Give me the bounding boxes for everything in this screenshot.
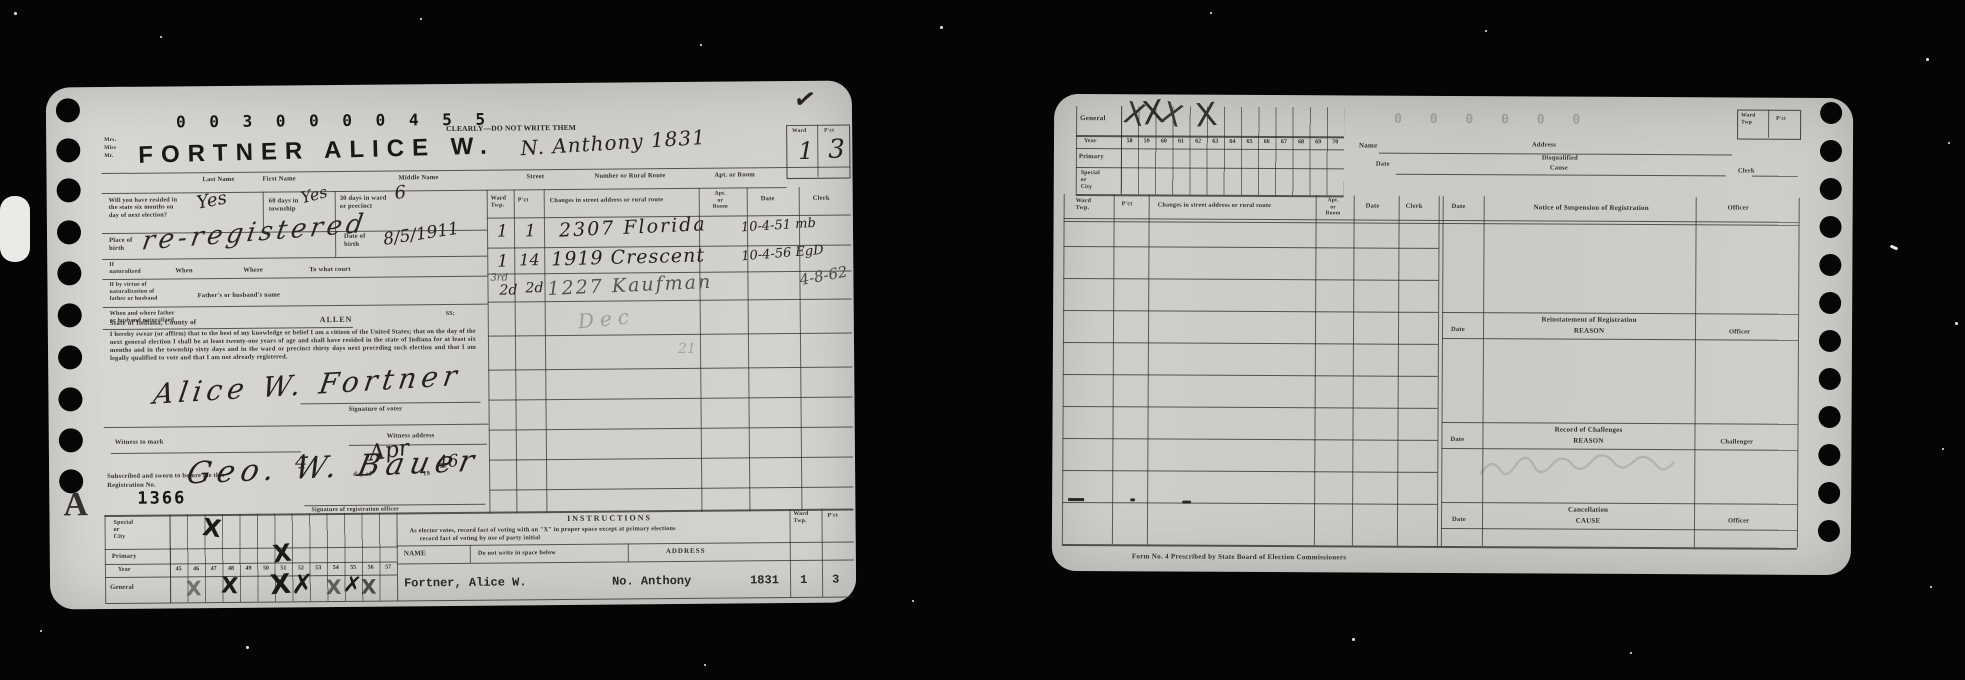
row2-date: 10-4-56 EgD	[741, 244, 824, 263]
film-speck	[1930, 586, 1932, 588]
ink-mark	[1130, 498, 1135, 501]
rule	[1062, 470, 1437, 473]
punch-hole	[1820, 178, 1842, 200]
rule	[1076, 106, 1077, 194]
year-cell: 47	[205, 566, 223, 572]
col-apt: Apt. or Room	[713, 191, 728, 211]
q-dob: Date of birth	[344, 233, 366, 249]
film-speck	[1485, 30, 1487, 32]
vote-mark-general-52: ✗	[291, 571, 314, 598]
rule	[747, 187, 751, 511]
row1-pct: 1	[525, 223, 536, 240]
cancellation-cause: CAUSE	[1528, 516, 1648, 525]
col-notice: Notice of Suspension of Registration	[1499, 203, 1684, 212]
challenges-date: Date	[1450, 436, 1464, 444]
rule	[1442, 338, 1798, 341]
ghost-stamp: 0 0 0 0 0 0	[1394, 112, 1590, 128]
rule	[1062, 502, 1437, 505]
prefix-mr: Mr.	[104, 153, 113, 160]
handwritten-name: FORTNER ALICE W.	[138, 135, 495, 168]
witness-label: Witness to mark	[115, 439, 164, 447]
year-cell: 57	[379, 564, 397, 570]
film-speck	[912, 600, 914, 602]
a-thirty: 6	[394, 184, 407, 203]
q-court: To what court	[309, 266, 350, 274]
punch-hole	[1820, 140, 1842, 162]
row3-date: 4-8-62	[798, 264, 848, 288]
row1-ward: 1	[497, 223, 508, 240]
reinstatement-date: Date	[1451, 326, 1465, 334]
ward-label: Ward	[792, 128, 806, 135]
grid-year-label: Year	[118, 567, 131, 574]
year-cell: 63	[1207, 139, 1224, 145]
year-cell: 56	[362, 565, 380, 571]
q-when: When	[175, 267, 192, 275]
rule	[1482, 196, 1485, 546]
oath-intro: State of Indiana, County of	[110, 318, 197, 327]
vote-mark-general-55: ✗	[342, 574, 362, 598]
col-changes: Changes in street address or rural route	[550, 196, 698, 205]
q-father: Father's or husband's name	[198, 291, 281, 300]
cancellation-title: Cancellation	[1488, 505, 1688, 514]
typed-number: 1831	[750, 573, 779, 587]
rule	[789, 509, 791, 597]
rule	[301, 402, 481, 405]
check-mark: ✓	[792, 85, 819, 115]
prefix-mrs: Mrs.	[104, 137, 116, 144]
head-date-label: Date	[1376, 161, 1390, 169]
label-number: Number or Rural Route	[595, 172, 666, 180]
film-speck	[420, 18, 422, 20]
row3-ward: 2d	[499, 283, 517, 297]
q-sixty: 60 days in township	[269, 197, 299, 213]
head-name-label: Name	[1359, 142, 1377, 150]
rule	[104, 424, 489, 428]
rule	[1441, 528, 1797, 531]
year-cell: 66	[1258, 139, 1275, 145]
grid-year-label: Year	[1084, 138, 1097, 145]
rule	[489, 486, 853, 490]
vote-mark-special-47: X	[201, 515, 222, 541]
year-cell: 61	[1172, 139, 1189, 145]
vote-mark-general-46: X	[186, 578, 202, 598]
head-address-label: Address	[1532, 141, 1556, 149]
col-changes: Changes in street address or rural route	[1158, 201, 1310, 209]
film-speck	[1955, 322, 1958, 325]
reinstatement-officer: Officer	[1729, 328, 1750, 336]
rule	[1063, 278, 1438, 281]
year-cell: 69	[1310, 139, 1327, 145]
row3-address: 1227 Kaufman	[547, 273, 712, 299]
row1-address: 2307 Florida	[559, 215, 707, 240]
oath-body: I hereby swear (or affirm) that to the b…	[110, 328, 476, 363]
cancellation-date: Date	[1452, 516, 1466, 524]
col-date: Date	[761, 195, 775, 203]
registration-card-front: CLEARLY—DO NOT WRITE THEM 0 0 3 0 0 0 0 …	[46, 80, 857, 609]
punch-hole	[1819, 330, 1841, 352]
year-cell: 58	[1121, 138, 1138, 144]
rule	[397, 559, 854, 564]
registration-number: 1366	[137, 488, 186, 508]
year-cell: 70	[1327, 139, 1344, 145]
rule	[1441, 196, 1444, 546]
vote-mark-primary-51: X	[272, 541, 293, 567]
film-speck	[1630, 652, 1632, 654]
punch-hole	[58, 387, 82, 411]
challenges-title: Record of Challenges	[1488, 425, 1688, 434]
officer-signature: Geo. W. Bauer	[184, 447, 482, 490]
row3-pct: 2d	[525, 281, 543, 295]
film-speck	[160, 36, 162, 38]
label-first-name: First Name	[263, 175, 296, 183]
year-cell: 67	[1275, 139, 1292, 145]
rule	[396, 512, 398, 600]
ghost-handwriting	[1472, 444, 1702, 491]
rule	[104, 515, 106, 603]
vote-mark-general-56: X	[361, 577, 377, 597]
typed-address: No. Anthony	[612, 574, 691, 589]
vote-mark-general-62: X	[1194, 98, 1218, 132]
rule	[1063, 342, 1438, 345]
rule	[1752, 176, 1798, 177]
ward-value: 1	[798, 139, 813, 163]
punch-hole	[1818, 444, 1840, 466]
q-naturalized: If naturalized	[109, 262, 141, 277]
grid-special-label: Special or City	[114, 520, 134, 542]
serial-stamp: 0 0 3 0 0 0 0 4 5 5	[176, 110, 492, 132]
reinstatement-title: Reinstatement of Registration	[1489, 315, 1689, 324]
head-cause-label: Cause	[1550, 165, 1568, 173]
pct-value: 3	[828, 137, 845, 163]
punch-hole	[1818, 520, 1840, 542]
rule	[821, 509, 823, 597]
voter-signature-label: Signature of voter	[349, 405, 403, 413]
rule	[514, 189, 518, 513]
faint-entry-b: 21	[678, 342, 696, 356]
punch-hole	[58, 303, 82, 327]
label-street: Street	[527, 173, 545, 181]
punch-hole	[1819, 368, 1841, 390]
label-last-name: Last Name	[203, 176, 235, 184]
col-date2: Date	[1452, 203, 1466, 211]
instructions-title: INSTRUCTIONS	[529, 513, 689, 524]
rule	[1694, 197, 1697, 547]
q-place: Place of birth	[109, 237, 133, 253]
ward-label: Ward Twp	[1741, 113, 1755, 126]
col-pct: P'ct	[518, 197, 529, 204]
grid-primary-label: Primary	[112, 553, 137, 561]
prefix-miss: Miss	[104, 145, 116, 152]
pct-label: P'ct	[1776, 116, 1786, 123]
instr-address-label: ADDRESS	[666, 547, 706, 556]
film-speck	[704, 664, 706, 666]
year-cell: 54	[327, 565, 345, 571]
year-cell: 65	[1241, 139, 1258, 145]
col-clerk: Clerk	[1406, 203, 1423, 211]
grid-general-label: General	[1080, 114, 1106, 123]
vote-mark-general-48: X	[220, 575, 238, 598]
reinstatement-reason: REASON	[1529, 326, 1649, 335]
col-officer: Officer	[1728, 204, 1749, 212]
film-speck	[1926, 58, 1929, 61]
film-speck	[1210, 12, 1212, 14]
typed-name: Fortner, Alice W.	[404, 575, 527, 590]
form-footer: Form No. 4 Prescribed by State Board of …	[1132, 552, 1346, 562]
instr-name-label: NAME	[404, 549, 426, 558]
a-dob: 8/5/1911	[382, 221, 460, 249]
rule	[544, 189, 548, 513]
year-cell: 60	[1155, 138, 1172, 144]
rule	[489, 456, 853, 460]
punch-hole	[1819, 292, 1841, 314]
row2-pct: 14	[519, 252, 539, 268]
rule	[1063, 374, 1438, 377]
year-cell: 45	[170, 566, 188, 572]
ink-mark	[1068, 498, 1084, 501]
row2-address: 1919 Crescent	[551, 246, 705, 269]
faint-entry-a: Dec	[577, 306, 636, 331]
col-pct: P'ct	[1122, 201, 1133, 208]
punch-hole	[1820, 102, 1842, 124]
film-speck	[1890, 245, 1899, 251]
q-where: Where	[243, 267, 263, 275]
film-speck	[246, 646, 249, 649]
punch-hole	[56, 138, 80, 162]
grid-special-label: Special or City	[1081, 170, 1100, 191]
oath-ss: SS:	[446, 311, 455, 318]
rule	[488, 333, 852, 337]
col-apt: Apt. or Room	[1326, 197, 1341, 217]
microfilm-scan: CLEARLY—DO NOT WRITE THEM 0 0 3 0 0 0 0 …	[0, 0, 1965, 680]
rule	[1063, 310, 1438, 313]
grid-primary-label: Primary	[1079, 153, 1104, 161]
film-speck	[14, 12, 17, 15]
instructions-line2: record fact of voting by use of party in…	[420, 534, 541, 542]
challenges-challenger: Challenger	[1720, 438, 1753, 446]
col-ward: Ward Twp.	[491, 196, 507, 211]
punch-hole	[1819, 254, 1841, 276]
head-clerk-label: Clerk	[1738, 167, 1755, 175]
col-ward: Ward Twp.	[1076, 198, 1092, 212]
rule	[1063, 246, 1438, 249]
rule	[628, 543, 629, 561]
col-clerk: Clerk	[813, 195, 830, 203]
punch-hole	[1819, 406, 1841, 428]
year-cell: 68	[1292, 139, 1309, 145]
film-speck	[940, 26, 943, 29]
col-date: Date	[1366, 203, 1380, 211]
typed-ward: 1	[800, 573, 807, 587]
year-cell: 62	[1190, 139, 1207, 145]
rule	[102, 256, 487, 260]
section-letter: A	[63, 485, 88, 526]
rule	[488, 396, 852, 400]
film-speck	[1352, 638, 1355, 641]
rule	[488, 299, 852, 303]
year-cell: 49	[240, 566, 258, 572]
instr-ward-label: Ward Twp.	[793, 511, 808, 525]
punch-hole	[58, 345, 82, 369]
cancellation-officer: Officer	[1728, 517, 1749, 525]
punch-hole	[56, 98, 80, 122]
typed-pct: 3	[832, 573, 839, 587]
rule	[489, 426, 853, 430]
row2-ward: 1	[497, 253, 508, 270]
registration-card-back: General Year 58596061626364656667686970 …	[1052, 94, 1853, 575]
punch-hole	[57, 220, 81, 244]
film-speck	[1948, 142, 1950, 144]
rule	[470, 545, 471, 563]
punch-hole	[1820, 216, 1842, 238]
year-cell: 64	[1224, 139, 1241, 145]
rule	[487, 190, 491, 514]
punch-hole	[1818, 482, 1840, 504]
label-apt: Apt. or Room	[714, 171, 754, 179]
film-speck	[1942, 448, 1944, 450]
film-speck	[40, 630, 42, 632]
year-cell: 59	[1138, 138, 1155, 144]
rule	[1063, 406, 1438, 409]
rule	[1768, 110, 1769, 138]
punch-hole	[57, 261, 81, 285]
rule	[102, 276, 487, 280]
rule	[1076, 194, 1344, 197]
rule	[1062, 438, 1437, 441]
q-virtue: If by virtue of naturalization of father…	[109, 282, 157, 303]
year-row: 58596061626364656667686970	[1121, 138, 1344, 145]
instr-dnw-label: Do not write in space below	[478, 549, 556, 557]
rule	[1797, 198, 1800, 548]
instr-pct-label: P'ct	[827, 513, 838, 520]
rule	[1062, 544, 1797, 549]
rule	[488, 366, 852, 370]
label-middle-name: Middle Name	[399, 174, 439, 182]
instructions-line1: As elector votes, record fact of voting …	[410, 524, 846, 535]
rule	[1396, 174, 1726, 177]
row1-date: 10-4-51 mb	[741, 217, 817, 235]
a-sixty: Yes	[299, 184, 329, 206]
head-disqualified-label: Disqualified	[1542, 154, 1578, 162]
vote-mark-general-54: X	[326, 577, 342, 597]
punch-hole	[59, 428, 83, 452]
punch-hole	[57, 178, 81, 202]
pct-label: P'ct	[824, 128, 834, 135]
year-cell: 48	[222, 566, 240, 572]
vote-mark-general-51: X	[269, 571, 292, 600]
rule	[799, 187, 803, 511]
year-cell: 55	[344, 565, 362, 571]
ink-mark	[1182, 501, 1191, 504]
film-speck	[0, 196, 30, 262]
oath-county: ALLEN	[320, 315, 353, 325]
rule	[103, 304, 488, 308]
film-speck	[700, 44, 702, 46]
grid-general-label: General	[110, 584, 134, 592]
rule	[699, 188, 703, 512]
year-cell: 46	[187, 566, 205, 572]
